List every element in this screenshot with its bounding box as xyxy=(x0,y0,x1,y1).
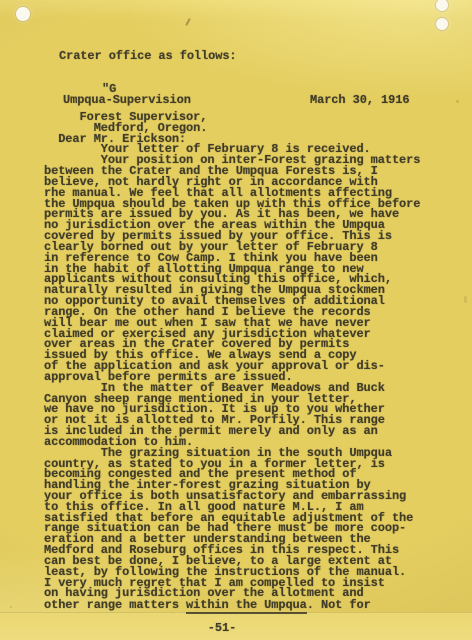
paper-scratch xyxy=(185,18,191,26)
punch-hole-right-top xyxy=(436,0,448,11)
annotation-heading: Crater office as follows: xyxy=(59,49,237,63)
closing-prefix: other range matters xyxy=(44,598,186,612)
letter-date: March 30, 1916 xyxy=(310,93,409,107)
letter-body: Forest Supervisor, Medford, Oregon. Dear… xyxy=(44,112,420,599)
paper-speck xyxy=(10,606,12,608)
subject-line: Umpqua-Supervision xyxy=(63,93,191,107)
closing-line: other range matters within the Umpqua. N… xyxy=(44,600,371,611)
punch-hole-right-bottom xyxy=(436,18,448,30)
paper-speck xyxy=(456,100,459,103)
page-number: -51- xyxy=(0,621,444,635)
paper-speck xyxy=(464,296,467,303)
punch-hole-left xyxy=(16,7,30,21)
underlined-phrase: within the Umpqua xyxy=(186,598,307,614)
scanned-letter-page: Crater office as follows: "G Umpqua-Supe… xyxy=(0,0,472,640)
closing-suffix: . Not for xyxy=(307,598,371,612)
